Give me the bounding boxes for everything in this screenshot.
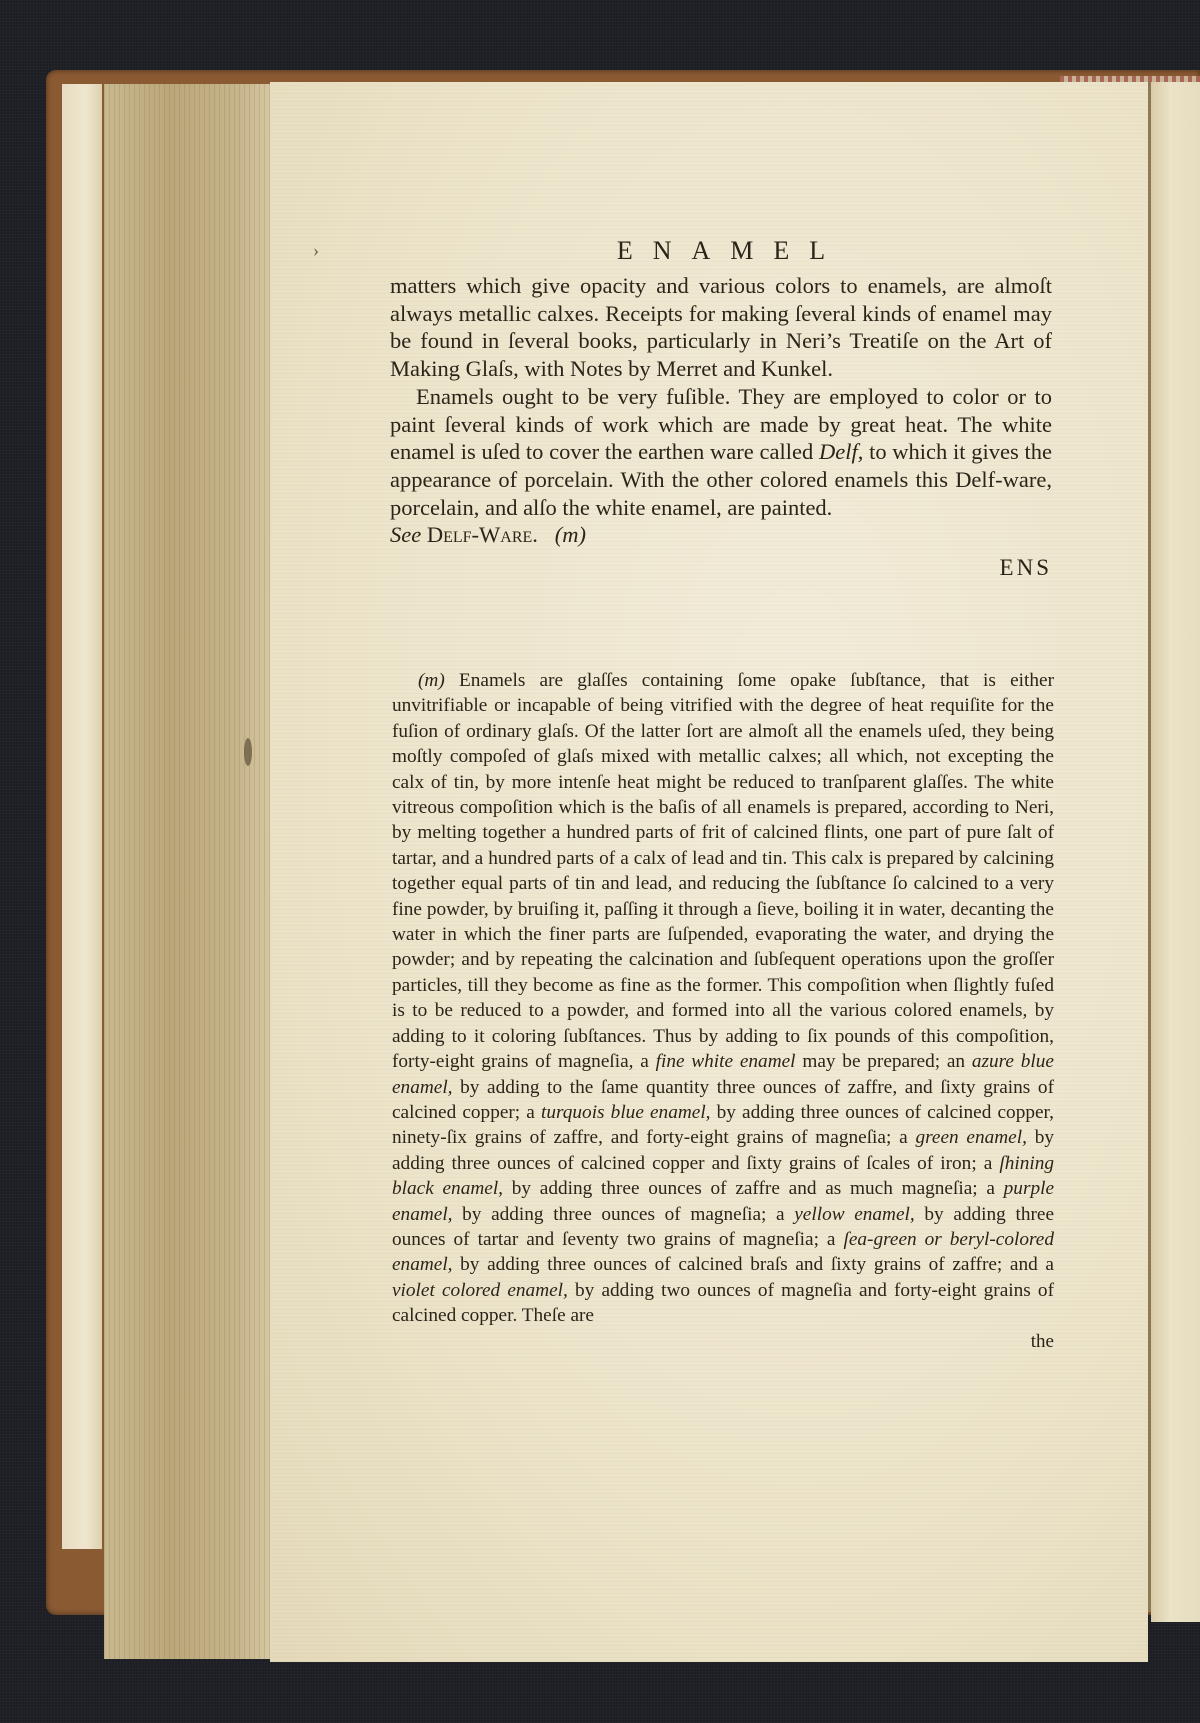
italic-enamel-name: turquois blue enamel, <box>541 1102 711 1123</box>
italic-enamel-name: green enamel, <box>915 1127 1026 1148</box>
margin-stain <box>244 738 252 766</box>
see-label: See <box>390 522 421 547</box>
page-stack-edge <box>104 84 270 1659</box>
margin-mark: › <box>313 240 319 261</box>
footnote-text: may be prepared; an <box>796 1051 972 1072</box>
running-head: ENAMEL <box>390 236 1052 266</box>
cross-reference-line: See Delf-Ware. (m) <box>390 521 1052 549</box>
italic-enamel-name: fine white enamel <box>656 1051 796 1072</box>
note-marker: (m) <box>555 522 586 547</box>
footnote-text: Enamels are glaſſes containing ſome opak… <box>392 670 1054 1072</box>
footnote-paragraph: (m) Enamels are glaſſes containing ſome … <box>392 668 1054 1329</box>
footnote: (m) Enamels are glaſſes containing ſome … <box>392 668 1054 1354</box>
footnote-text: by adding three ounces of magneſia; a <box>453 1204 795 1225</box>
footnote-catchword: the <box>392 1329 1054 1354</box>
body-text: matters which give opacity and various c… <box>390 272 1052 549</box>
main-text-block: ENAMEL matters which give opacity and va… <box>390 236 1052 581</box>
paragraph-1: matters which give opacity and various c… <box>390 272 1052 383</box>
footnote-marker: (m) <box>418 670 445 691</box>
cross-reference: Delf-Ware. <box>427 522 538 547</box>
footnote-text: by adding three ounces of calcined braſs… <box>453 1254 1055 1275</box>
italic-enamel-name: violet colored enamel, <box>392 1280 568 1301</box>
facing-page-edge <box>1151 82 1200 1622</box>
paragraph-2: Enamels ought to be very fuſible. They a… <box>390 383 1052 522</box>
endpaper-edge <box>62 84 102 1549</box>
italic-term: Delf, <box>819 439 863 464</box>
catchword: ENS <box>390 555 1052 581</box>
footnote-text: by adding three ounces of zaffre and as … <box>503 1178 1004 1199</box>
italic-enamel-name: yellow enamel, <box>794 1204 915 1225</box>
